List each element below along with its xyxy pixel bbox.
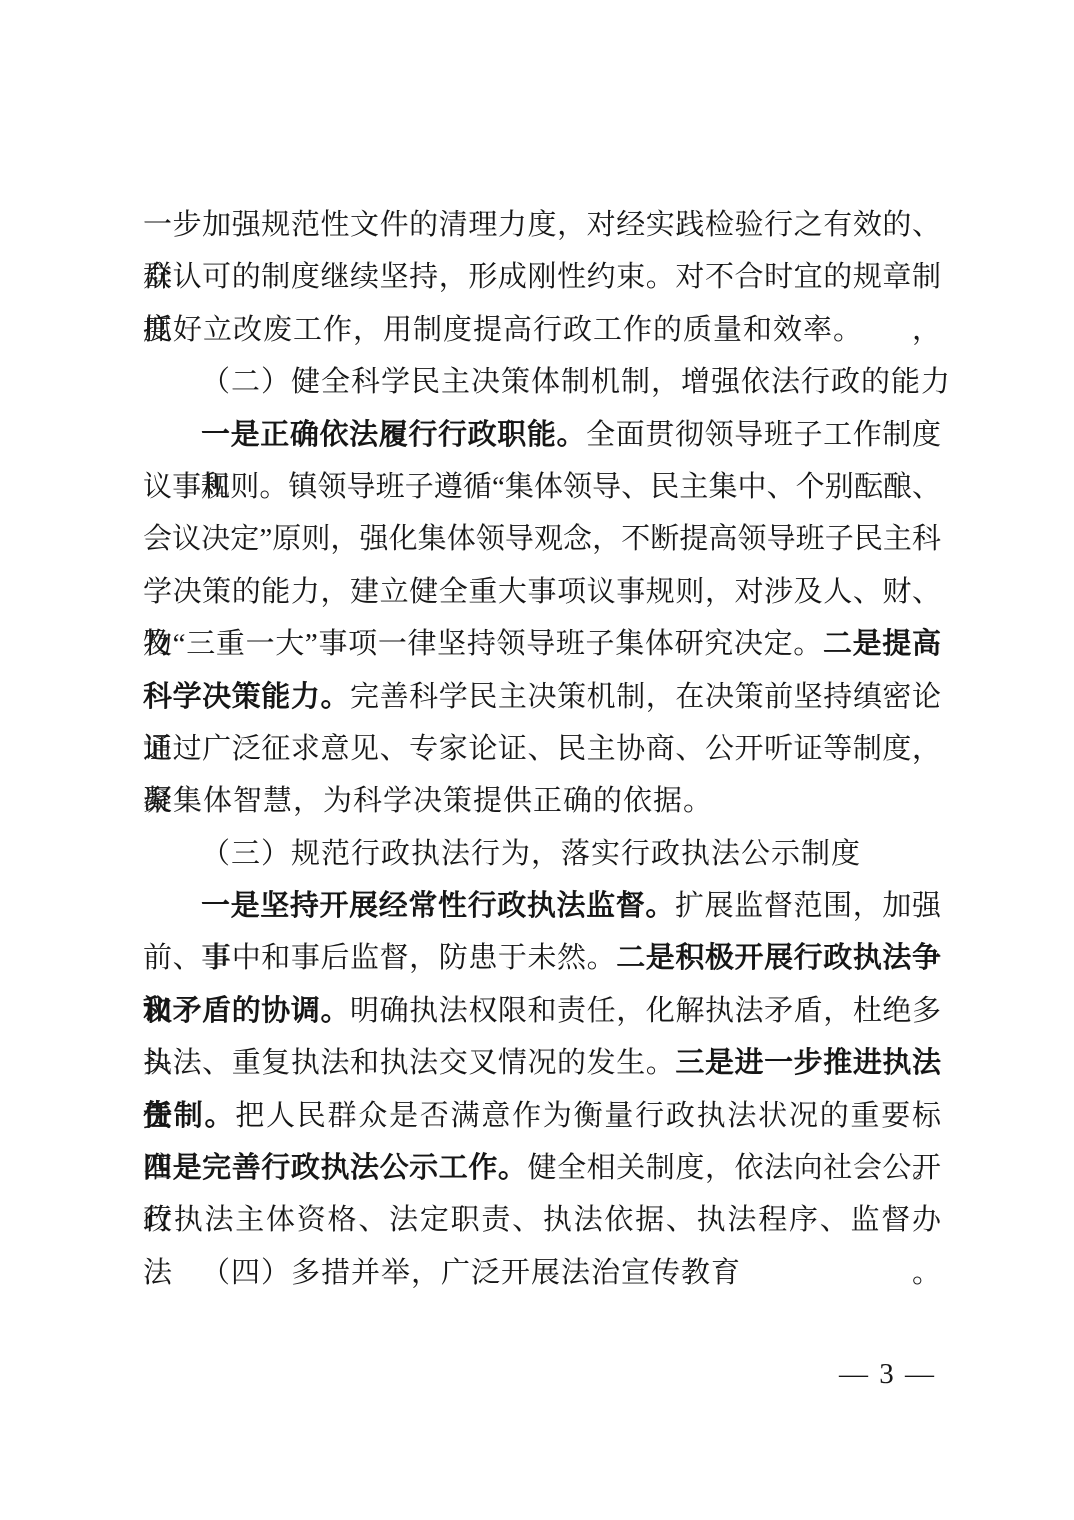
text-line: 议事规则。镇领导班子遵循“集体领导、民主集中、个别酝酿、: [143, 461, 941, 513]
section-heading: （二）健全科学民主决策体制机制，增强依法行政的能力: [143, 356, 941, 408]
text-line: 政执法主体资格、法定职责、执法依据、执法程序、监督办法。: [143, 1194, 941, 1246]
text-line: 众认可的制度继续坚持，形成刚性约束。对不合时宜的规章制度，: [143, 251, 941, 303]
body-text: 及“三重一大”事项一律坚持领导班子集体研究决定。: [143, 628, 823, 660]
body-text: （四）多措并举，广泛开展法治宣传教育: [201, 1257, 741, 1289]
text-line: 及“三重一大”事项一律坚持领导班子集体研究决定。二是提高: [143, 618, 941, 670]
text-line: 一是坚持开展经常性行政执法监督。扩展监督范围，加强事: [143, 880, 941, 932]
text-line: 会议决定”原则，强化集体领导观念，不断提高领导班子民主科: [143, 513, 941, 565]
bold-lead-in-text: 一是正确依法履行行政职能。: [201, 419, 586, 451]
text-line: 通过广泛征求意见、专家论证、民主协商、公开听证等制度，凝: [143, 723, 941, 775]
text-line: 和矛盾的协调。明确执法权限和责任，化解执法矛盾，杜绝多头: [143, 985, 941, 1037]
text-line: 四是完善行政执法公示工作。健全相关制度，依法向社会公开行: [143, 1142, 941, 1194]
body-text: 会议决定”原则，强化集体领导观念，不断提高领导班子民主科: [143, 523, 941, 555]
document-page: 一步加强规范性文件的清理力度，对经实践检验行之有效的、群众认可的制度继续坚持，形…: [0, 0, 1074, 1520]
text-line: 抓好立改废工作，用制度提高行政工作的质量和效率。: [143, 304, 941, 356]
bold-lead-in-text: 四是完善行政执法公示工作。: [143, 1152, 528, 1184]
bold-lead-in-text: 科学决策能力。: [143, 681, 350, 713]
bold-lead-in-text: 任制。: [143, 1100, 235, 1132]
bold-lead-in-text: 二是提高: [823, 628, 941, 660]
text-line: 聚集体智慧，为科学决策提供正确的依据。: [143, 775, 941, 827]
bold-lead-in-text: 和矛盾的协调。: [143, 995, 350, 1027]
page-number: — 3 —: [839, 1352, 936, 1396]
body-text: 议事规则。镇领导班子遵循“集体领导、民主集中、个别酝酿、: [143, 471, 941, 503]
text-line: 前、事中和事后监督，防患于未然。二是积极开展行政执法争议: [143, 932, 941, 984]
text-line: 科学决策能力。完善科学民主决策机制，在决策前坚持缜密论证，: [143, 671, 941, 723]
bold-lead-in-text: 一是坚持开展经常性行政执法监督。: [201, 890, 675, 922]
text-line: 任制。把人民群众是否满意作为衡量行政执法状况的重要标准。: [143, 1090, 941, 1142]
text-line: 一步加强规范性文件的清理力度，对经实践检验行之有效的、群: [143, 199, 941, 251]
body-text: 聚集体智慧，为科学决策提供正确的依据。: [143, 785, 713, 817]
document-body: 一步加强规范性文件的清理力度，对经实践检验行之有效的、群众认可的制度继续坚持，形…: [143, 199, 941, 1299]
text-line: 执法、重复执法和执法交叉情况的发生。三是进一步推进执法责: [143, 1037, 941, 1089]
body-text: 执法、重复执法和执法交叉情况的发生。: [143, 1047, 675, 1079]
text-line: 一是正确依法履行行政职能。全面贯彻领导班子工作制度和: [143, 409, 941, 461]
body-text: （三）规范行政执法行为，落实行政执法公示制度: [201, 838, 861, 870]
section-heading: （三）规范行政执法行为，落实行政执法公示制度: [143, 828, 941, 880]
text-line: 学决策的能力，建立健全重大事项议事规则，对涉及人、财、物: [143, 566, 941, 618]
body-text: 抓好立改废工作，用制度提高行政工作的质量和效率。: [143, 314, 863, 346]
body-text: 前、事中和事后监督，防患于未然。: [143, 942, 616, 974]
body-text: （二）健全科学民主决策体制机制，增强依法行政的能力: [201, 366, 951, 398]
